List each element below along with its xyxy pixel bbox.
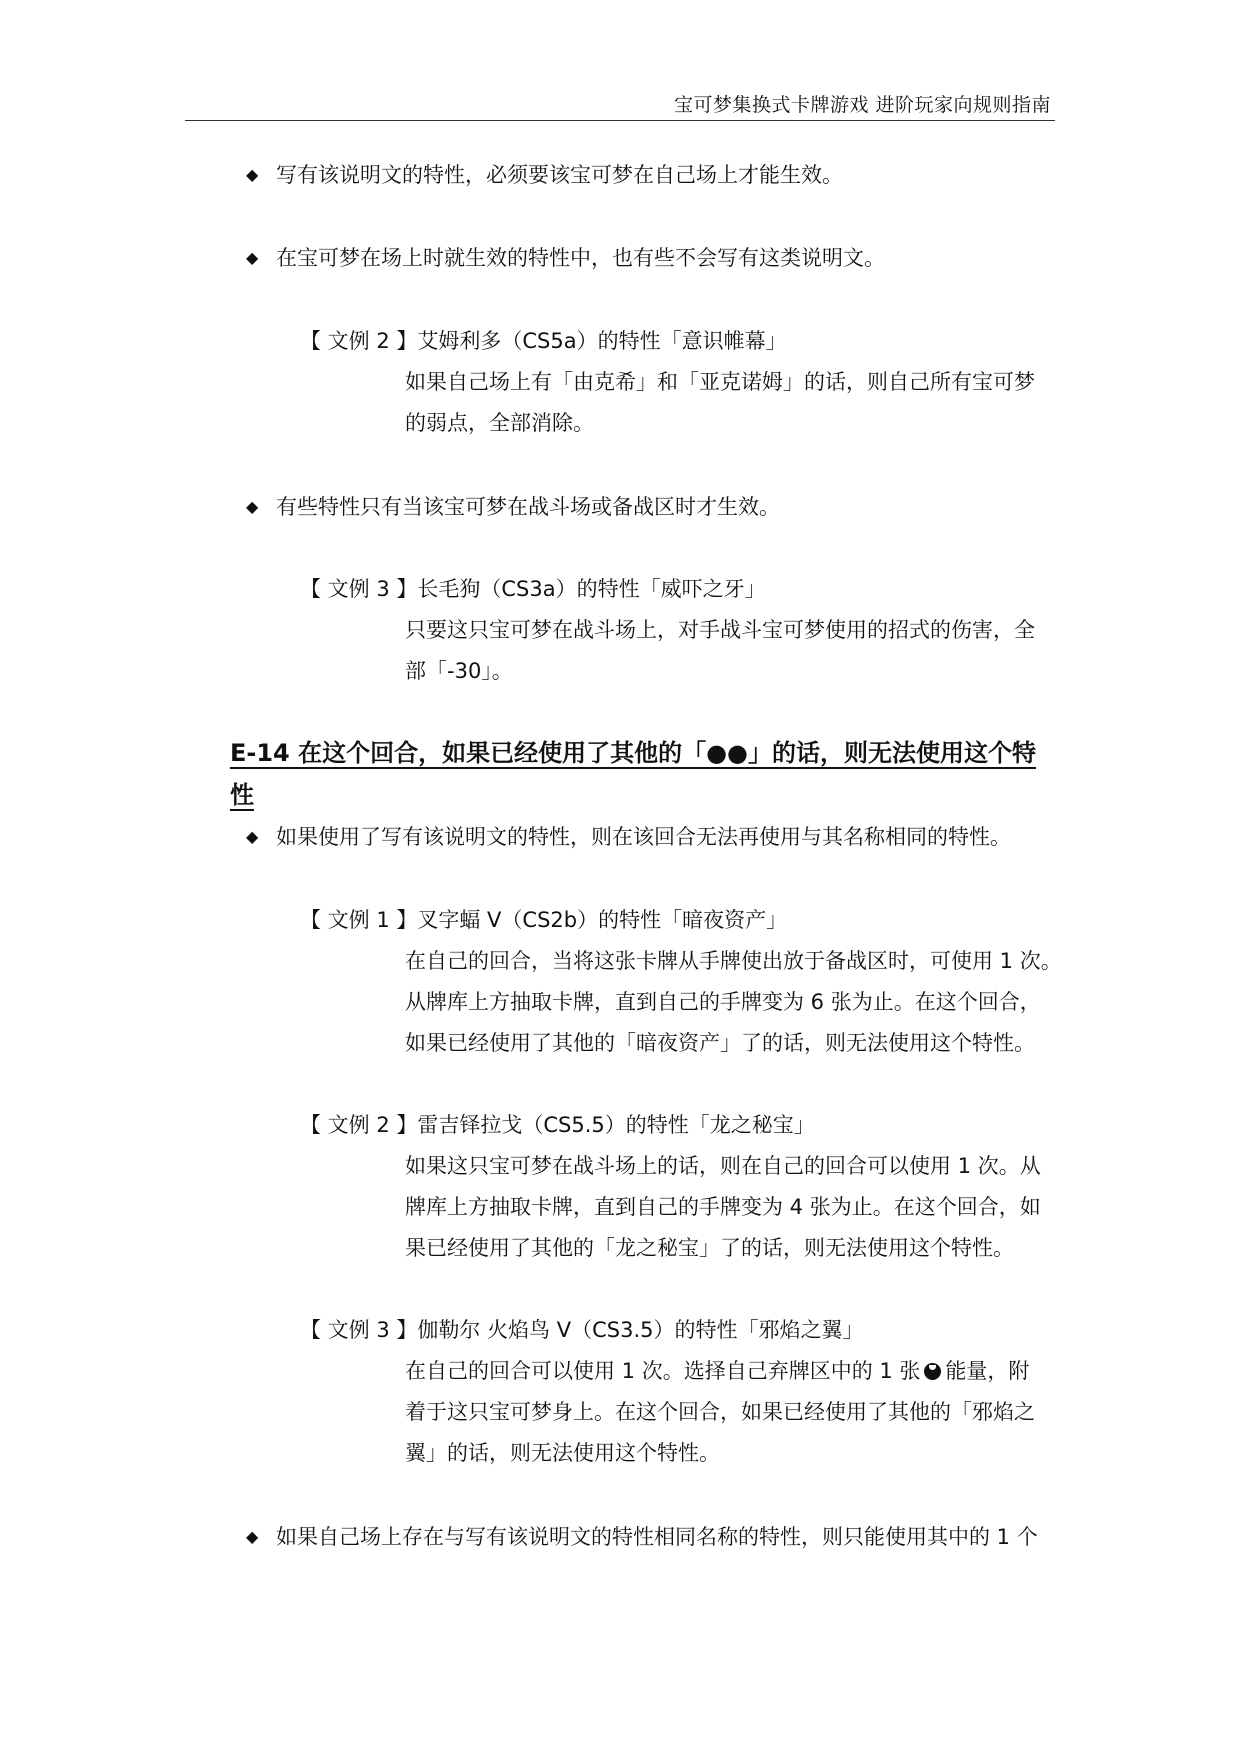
diamond-bullet-icon: ◆ [246, 492, 258, 522]
bullet-text: 如果使用了写有该说明文的特性，则在该回合无法再使用与其名称相同的特性。 [276, 822, 1011, 852]
example-text: 如果自己场上有「由克希」和「亚克诺姆」的话，则自己所有宝可梦 [405, 367, 1035, 397]
section-heading: E-14 在这个回合，如果已经使用了其他的「●●」的话，则无法使用这个特 [230, 734, 1036, 772]
section-heading-cont: 性 [230, 776, 254, 814]
diamond-bullet-icon: ◆ [246, 243, 258, 273]
diamond-bullet-icon: ◆ [246, 822, 258, 852]
example-text: 如果已经使用了其他的「暗夜资产」了的话，则无法使用这个特性。 [405, 1028, 1035, 1058]
bullet-text: 如果自己场上存在与写有该说明文的特性相同名称的特性，则只能使用其中的 1 个 [276, 1522, 1038, 1552]
diamond-bullet-icon: ◆ [246, 160, 258, 190]
example-text: 牌库上方抽取卡牌，直到自己的手牌变为 4 张为止。在这个回合，如 [405, 1192, 1041, 1222]
page-header: 宝可梦集换式卡牌游戏 进阶玩家向规则指南 [185, 88, 1055, 121]
diamond-bullet-icon: ◆ [246, 1522, 258, 1552]
header-title: 宝可梦集换式卡牌游戏 进阶玩家向规则指南 [674, 90, 1051, 117]
example-text: 从牌库上方抽取卡牌，直到自己的手牌变为 6 张为止。在这个回合， [405, 987, 1041, 1017]
bullet-text: 在宝可梦在场上时就生效的特性中，也有些不会写有这类说明文。 [276, 243, 885, 273]
example-text-part: 在自己的回合可以使用 1 次。选择自己弃牌区中的 1 张 [405, 1359, 920, 1383]
example-text: 着于这只宝可梦身上。在这个回合，如果已经使用了其他的「邪焰之 [405, 1397, 1035, 1427]
example-label: 【 文例 3 】伽勒尔 火焰鸟 V（CS3.5）的特性「邪焰之翼」 [300, 1315, 864, 1345]
example-text: 如果这只宝可梦在战斗场上的话，则在自己的回合可以使用 1 次。从 [405, 1151, 1041, 1181]
bullet-text: 有些特性只有当该宝可梦在战斗场或备战区时才生效。 [276, 492, 780, 522]
example-text: 只要这只宝可梦在战斗场上，对手战斗宝可梦使用的招式的伤害，全 [405, 615, 1035, 645]
example-text-part: 能量，附 [945, 1359, 1029, 1383]
example-text: 翼」的话，则无法使用这个特性。 [405, 1438, 720, 1468]
example-text: 的弱点，全部消除。 [405, 408, 594, 438]
example-label: 【 文例 2 】雷吉铎拉戈（CS5.5）的特性「龙之秘宝」 [300, 1110, 815, 1140]
example-text: 在自己的回合，当将这张卡牌从手牌使出放于备战区时，可使用 1 次。 [405, 946, 1062, 976]
example-label: 【 文例 3 】长毛狗（CS3a）的特性「威吓之牙」 [300, 574, 766, 604]
example-text: 在自己的回合可以使用 1 次。选择自己弃牌区中的 1 张能量，附 [405, 1356, 1029, 1386]
darkness-energy-icon [924, 1363, 941, 1380]
example-label: 【 文例 2 】艾姆利多（CS5a）的特性「意识帷幕」 [300, 326, 787, 356]
example-text: 部「-30」。 [405, 656, 513, 686]
example-text: 果已经使用了其他的「龙之秘宝」了的话，则无法使用这个特性。 [405, 1233, 1014, 1263]
example-label: 【 文例 1 】叉字蝠 V（CS2b）的特性「暗夜资产」 [300, 905, 787, 935]
bullet-text: 写有该说明文的特性，必须要该宝可梦在自己场上才能生效。 [276, 160, 843, 190]
